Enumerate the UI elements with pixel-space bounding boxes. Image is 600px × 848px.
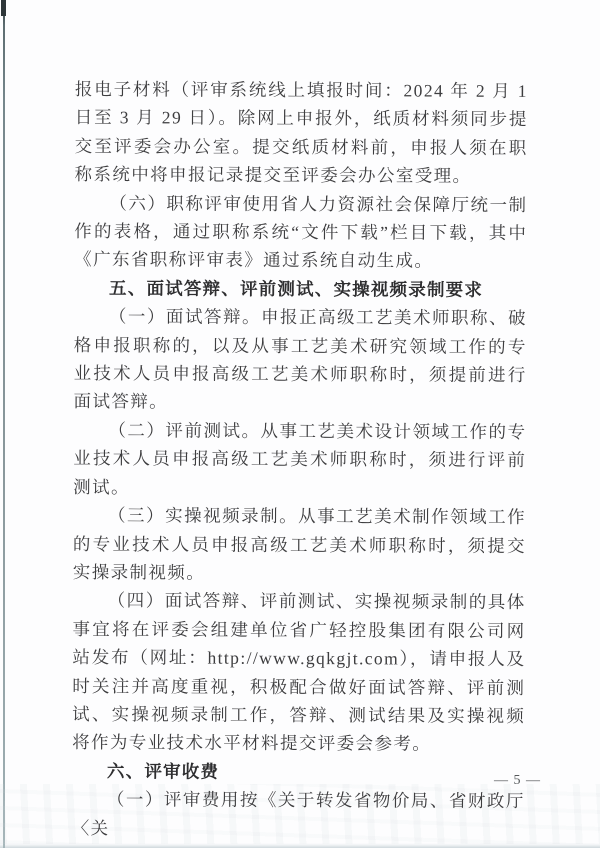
paragraph-practical-video: （三）实操视频录制。从事工艺美术制作领域工作的专业技术人员申报高级工艺美术师职称… [73,501,526,588]
paragraph-evaluation-fee: （一）评审费用按《关于转发省物价局、省财政厅〈关 [72,785,525,844]
document-page: 报电子材料（评审系统线上填报时间：2024 年 2 月 1 日至 3 月 29 … [0,0,600,848]
page-number: — 5 — [494,773,541,789]
paragraph-pre-evaluation-test: （二）评前测试。从事工艺美术设计领域工作的专业技术人员申报高级工艺美术师职称时，… [73,416,526,503]
paragraph-forms-download: （六）职称评审使用省人力资源社会保障厅统一制作的表格，通过职称系统“文件下载”栏… [74,189,527,276]
paragraph-materials-deadline: 报电子材料（评审系统线上填报时间：2024 年 2 月 1 日至 3 月 29 … [75,75,528,191]
paragraph-interview-defense: （一）面试答辩。申报正高级工艺美术师职称、破格申报职称的，以及从事工艺美术研究领… [74,302,527,418]
scan-corner-mark [1,0,6,16]
page-content: 报电子材料（评审系统线上填报时间：2024 年 2 月 1 日至 3 月 29 … [72,75,528,844]
scan-left-edge-line [3,0,5,848]
section-6-heading: 六、评审收费 [72,757,525,787]
section-5-heading: 五、面试答辩、评前测试、实操视频录制要求 [74,274,527,304]
paragraph-arrangements-notice: （四）面试答辩、评前测试、实操视频录制的具体事宜将在评委会组建单位省广轻控股集团… [72,586,526,758]
